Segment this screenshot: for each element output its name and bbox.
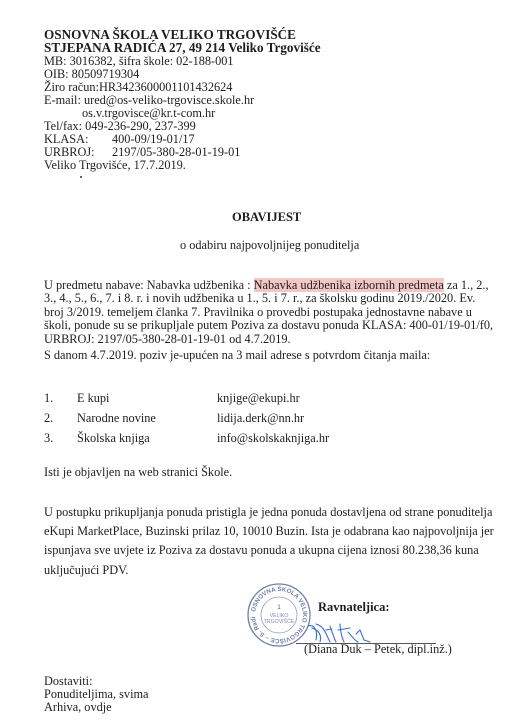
- decision-line-2: eKupi MarketPlace, Buzinski prilaz 10, 1…: [44, 522, 494, 541]
- recipient-email: info@skolskaknjiga.hr: [217, 431, 329, 446]
- recipient-email: knjige@ekupi.hr: [217, 391, 300, 406]
- svg-text:TRGOVIŠĆE: TRGOVIŠĆE: [264, 618, 295, 625]
- recipient-email: lidija.derk@nn.hr: [217, 411, 304, 426]
- document-title: OBAVIJEST: [232, 210, 301, 225]
- published-text: Isti je objavljen na web stranici Škole.: [44, 466, 232, 479]
- decision-line-3: ispunjava sve uvjete iz Poziva za dostav…: [44, 541, 479, 560]
- recipient-name: Školska knjiga: [77, 431, 150, 446]
- recipient-name: Narodne novine: [77, 411, 156, 426]
- school-address: STJEPANA RADIĆA 27, 49 214 Veliko Trgovi…: [44, 41, 321, 54]
- highlighted-subject: Nabavka udžbenika izbornih predmeta: [254, 278, 444, 292]
- recipient-number: 2.: [44, 411, 53, 426]
- recipient-name: E kupi: [77, 391, 109, 406]
- delivery-item: Arhiva, ovdje: [44, 701, 112, 714]
- school-stamp-icon: OSNOVNA ŠKOLA VELIKO TRGOVIŠĆE – S. Radi…: [246, 582, 312, 648]
- intro-text-start: U predmetu nabave: Nabavka udžbenika :: [44, 278, 254, 292]
- decision-line-1: U postupku prikupljanja ponuda pristigla…: [44, 503, 492, 522]
- scan-speck: [80, 176, 82, 178]
- recipient-number: 3.: [44, 431, 53, 446]
- signatory-name: (Diana Duk – Petek, dipl.inž.): [304, 642, 452, 657]
- document-subtitle: o odabiru najpovoljnijeg ponuditelja: [180, 238, 359, 253]
- recipient-number: 1.: [44, 391, 53, 406]
- signatory-role: Ravnateljica:: [318, 600, 390, 615]
- svg-text:1: 1: [277, 605, 281, 611]
- invitation-sent-text: S danom 4.7.2019. poziv je-upućen na 3 m…: [44, 349, 430, 362]
- place-date: Veliko Trgovišće, 17.7.2019.: [44, 159, 186, 172]
- decision-line-4: uključujući PDV.: [44, 561, 129, 580]
- intro-paragraph: U predmetu nabave: Nabavka udžbenika : N…: [44, 279, 494, 346]
